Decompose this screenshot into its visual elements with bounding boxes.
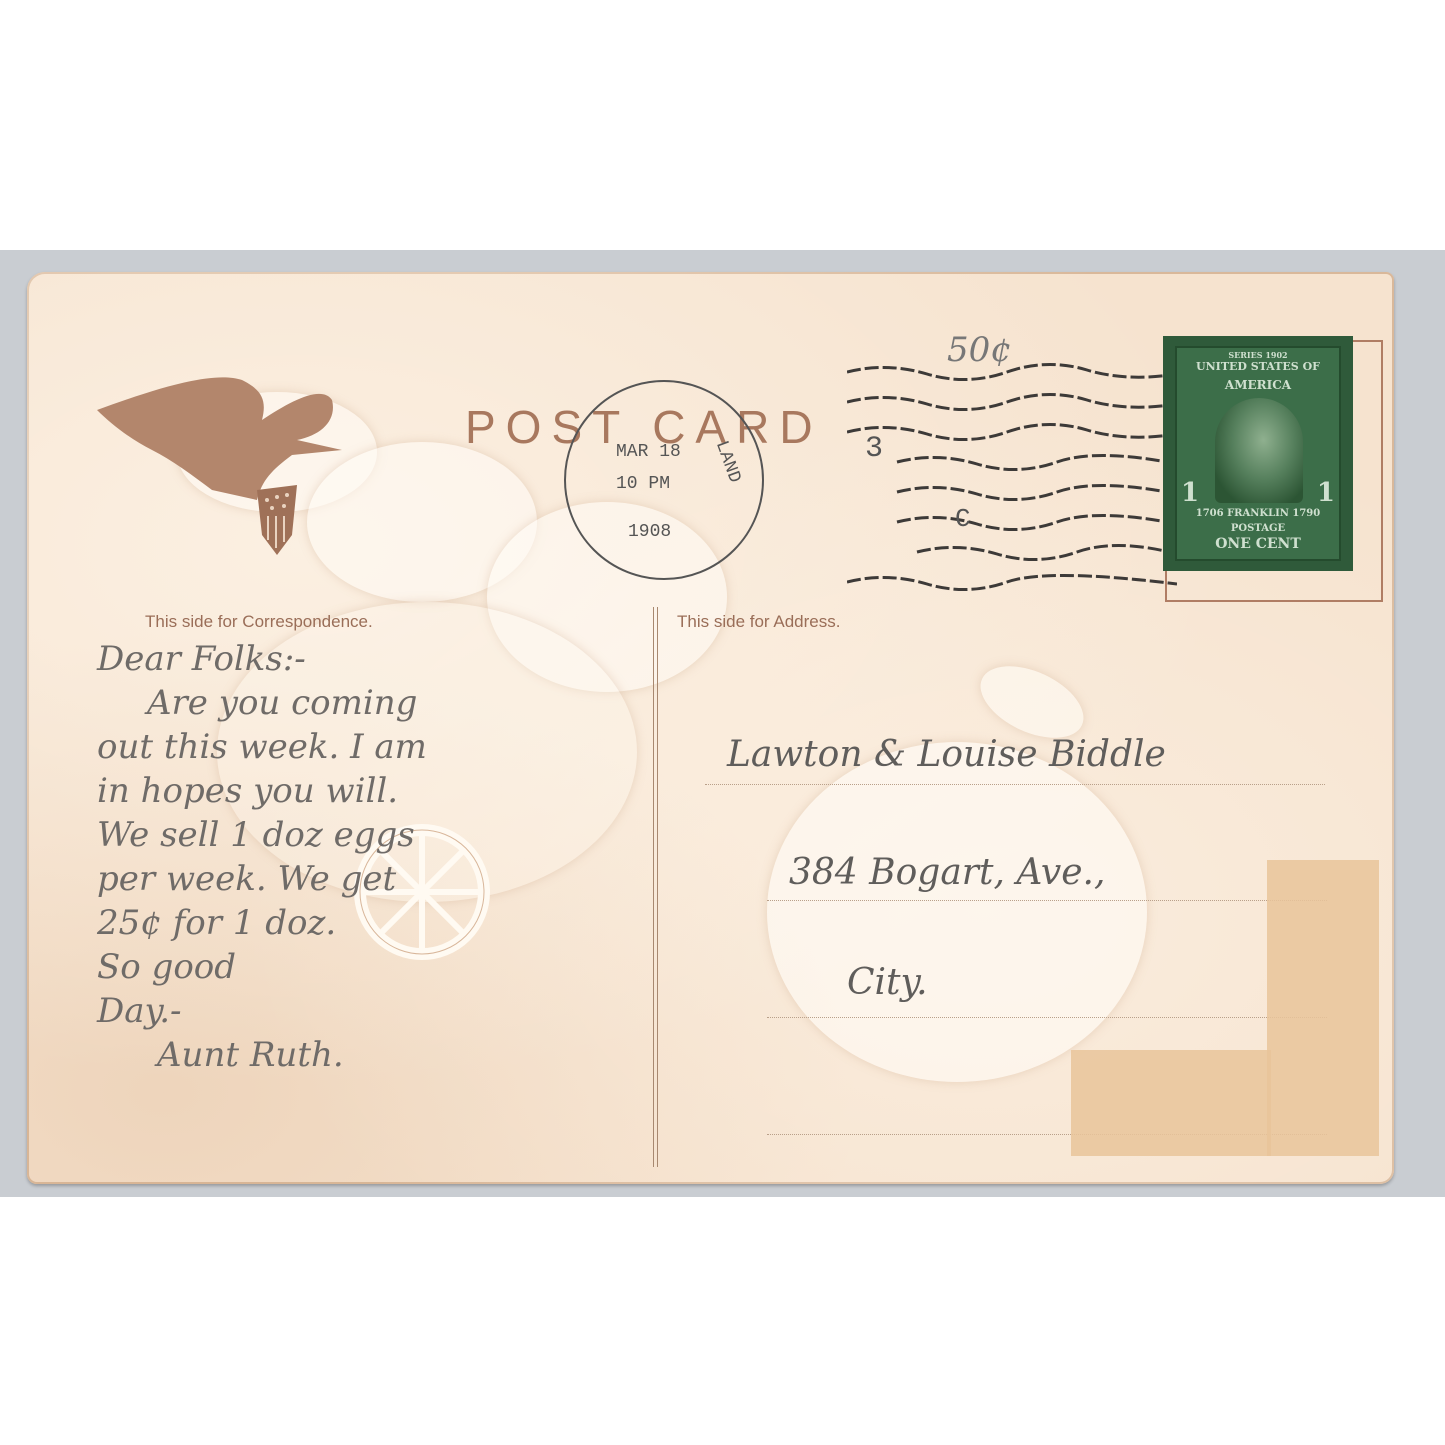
stamp-value: ONE CENT bbox=[1177, 536, 1339, 552]
stamp-denomination-right: 1 bbox=[1317, 478, 1335, 508]
address-rule bbox=[705, 784, 1325, 785]
cancellation-lines bbox=[847, 352, 1177, 602]
message-line: Dear Folks:- bbox=[97, 637, 657, 681]
dealer-price-note: 50¢ bbox=[947, 330, 1012, 370]
recipient-name: Lawton & Louise Biddle bbox=[727, 734, 1166, 775]
message-line: So good bbox=[97, 945, 657, 989]
correspondence-label: This side for Correspondence. bbox=[145, 612, 373, 632]
tape-remnant bbox=[1267, 860, 1379, 1156]
message-text: Dear Folks:- Are you coming out this wee… bbox=[97, 637, 657, 1077]
message-line: out this week. I am bbox=[97, 725, 657, 769]
cancel-number: 3 bbox=[865, 432, 883, 466]
address-rule bbox=[767, 900, 1327, 901]
stamp-denomination-left: 1 bbox=[1181, 478, 1199, 508]
message-line: Are you coming bbox=[97, 681, 657, 725]
stamp: SERIES 1902 UNITED STATES OF AMERICA 1 1… bbox=[1163, 336, 1353, 571]
postmark-circle: LAND MAR 18 10 PM 1908 bbox=[564, 380, 764, 580]
postmark-date: MAR 18 bbox=[616, 442, 681, 462]
tape-remnant bbox=[1071, 1050, 1271, 1156]
eagle-shield-icon bbox=[92, 360, 372, 570]
message-line: Aunt Ruth. bbox=[97, 1033, 657, 1077]
postmark-city: LAND bbox=[711, 438, 745, 485]
postcard: POST CARD LAND MAR 18 10 PM 1908 3 C 50¢… bbox=[27, 272, 1394, 1184]
address-label: This side for Address. bbox=[677, 612, 840, 632]
postmark-time: 10 PM bbox=[616, 474, 670, 494]
stamp-country: UNITED STATES OF bbox=[1177, 360, 1339, 373]
franklin-portrait-icon bbox=[1215, 398, 1303, 503]
postmark-year: 1908 bbox=[628, 522, 671, 542]
stamp-series: SERIES 1902 bbox=[1177, 350, 1339, 360]
message-line: 25¢ for 1 doz. bbox=[97, 901, 657, 945]
message-line: in hopes you will. bbox=[97, 769, 657, 813]
stamp-country-2: AMERICA bbox=[1177, 378, 1339, 392]
message-line: per week. We get bbox=[97, 857, 657, 901]
recipient-city: City. bbox=[847, 962, 928, 1003]
stamp-postage: POSTAGE bbox=[1177, 523, 1339, 534]
cancel-letter: C bbox=[955, 504, 971, 534]
message-line: Day.- bbox=[97, 989, 657, 1033]
message-line: We sell 1 doz eggs bbox=[97, 813, 657, 857]
stamp-frame: SERIES 1902 UNITED STATES OF AMERICA 1 1… bbox=[1175, 346, 1341, 561]
address-rule bbox=[767, 1017, 1327, 1018]
stamp-name: 1706 FRANKLIN 1790 bbox=[1177, 508, 1339, 519]
embossed-rabbit bbox=[767, 742, 1147, 1082]
recipient-street: 384 Bogart, Ave., bbox=[789, 852, 1105, 893]
